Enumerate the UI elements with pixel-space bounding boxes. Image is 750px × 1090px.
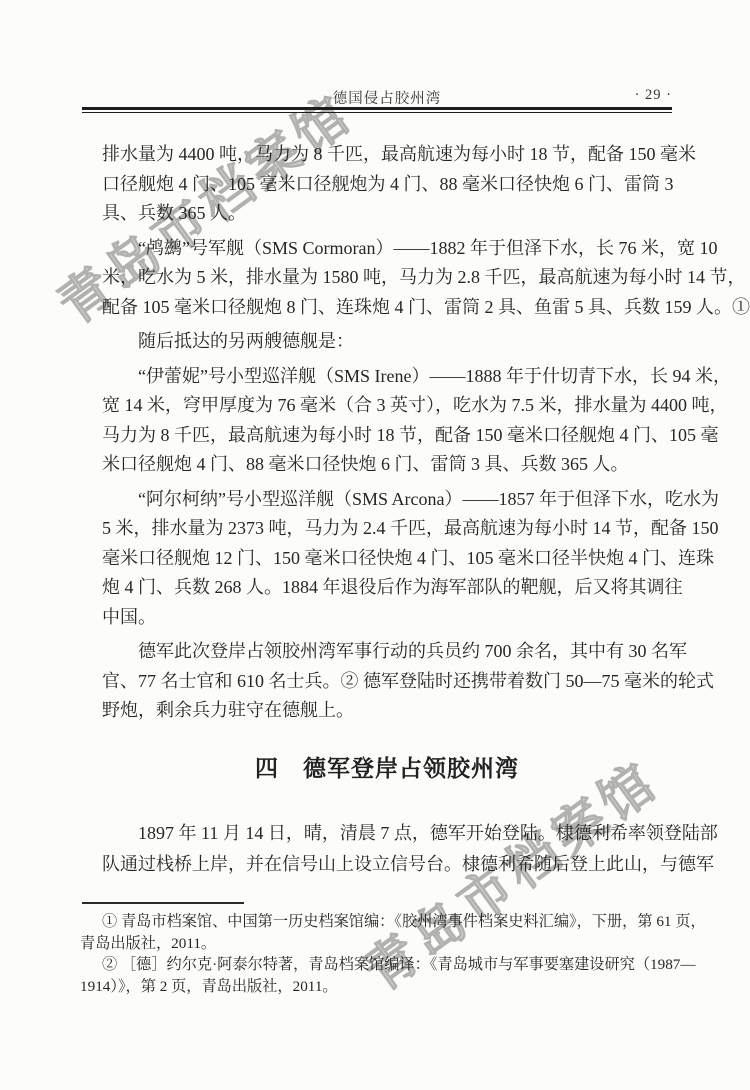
text-line: 青岛出版社，2011。 <box>80 933 670 955</box>
page-header: 德国侵占胶州湾 · 29 · <box>102 87 672 105</box>
paragraph: 德军此次登岸占领胶州湾军事行动的兵员约 700 余名，其中有 30 名军官、77… <box>102 637 672 726</box>
text-line: “伊蕾妮”号小型巡洋舰（SMS Irene）——1888 年于什切青下水，长 9… <box>102 362 672 392</box>
body-text-upper: 排水量为 4400 吨，马力为 8 千匹，最高航速为每小时 18 节，配备 15… <box>102 140 672 726</box>
text-line: ② ［德］约尔克·阿泰尔特著，青岛档案馆编译：《青岛城市与军事要塞建设研究（19… <box>80 954 670 976</box>
page-number: · 29 · <box>635 87 672 104</box>
text-line: 1914）》，第 2 页，青岛出版社，2011。 <box>80 976 670 998</box>
text-line: ① 青岛市档案馆、中国第一历史档案馆编：《胶州湾事件档案史料汇编》，下册，第 6… <box>80 911 670 933</box>
text-line: 马力为 8 千匹，最高航速为每小时 18 节，配备 150 毫米口径舰炮 4 门… <box>102 421 672 451</box>
paragraph: “鸬鹚”号军舰（SMS Cormoran）——1882 年于但泽下水，长 76 … <box>102 234 672 323</box>
paragraph: 随后抵达的另两艘德舰是： <box>102 327 672 357</box>
text-line: 毫米口径舰炮 12 门、150 毫米口径快炮 4 门、105 毫米口径半快炮 4… <box>102 544 672 574</box>
text-line: 中国。 <box>102 603 672 633</box>
running-title: 德国侵占胶州湾 <box>102 87 672 108</box>
text-line: 德军此次登岸占领胶州湾军事行动的兵员约 700 余名，其中有 30 名军 <box>102 637 672 667</box>
scanned-book-page: 青岛市档案馆 青岛市档案馆 德国侵占胶州湾 · 29 · 排水量为 4400 吨… <box>0 0 750 1090</box>
text-line: 随后抵达的另两艘德舰是： <box>102 327 672 357</box>
text-line: 口径舰炮 4 门、105 毫米口径舰炮为 4 门、88 毫米口径快炮 6 门、雷… <box>102 170 672 200</box>
text-line: 配备 105 毫米口径舰炮 8 门、连珠炮 4 门、雷筒 2 具、鱼雷 5 具、… <box>102 293 672 323</box>
text-line: “鸬鹚”号军舰（SMS Cormoran）——1882 年于但泽下水，长 76 … <box>102 234 672 264</box>
text-line: 排水量为 4400 吨，马力为 8 千匹，最高航速为每小时 18 节，配备 15… <box>102 140 672 170</box>
paragraph: 1897 年 11 月 14 日，晴，清晨 7 点，德军开始登陆。棣德利希率领登… <box>102 818 672 879</box>
text-line: 米，吃水为 5 米，排水量为 1580 吨，马力为 2.8 千匹，最高航速为每小… <box>102 263 672 293</box>
paragraph: “阿尔柯纳”号小型巡洋舰（SMS Arcona）——1857 年于但泽下水，吃水… <box>102 485 672 633</box>
text-line: 官、77 名士官和 610 名士兵。② 德军登陆时还携带着数门 50—75 毫米… <box>102 667 672 697</box>
section-heading: 四 德军登岸占领胶州湾 <box>102 750 672 783</box>
text-line: 队通过栈桥上岸，并在信号山上设立信号台。棣德利希随后登上此山，与德军 <box>102 849 672 880</box>
text-line: “阿尔柯纳”号小型巡洋舰（SMS Arcona）——1857 年于但泽下水，吃水… <box>102 485 672 515</box>
header-rule-thick-line <box>82 107 672 110</box>
paragraph: ② ［德］约尔克·阿泰尔特著，青岛档案馆编译：《青岛城市与军事要塞建设研究（19… <box>80 954 670 997</box>
footnote-separator-rule <box>82 902 244 904</box>
header-rule-thin-line <box>82 112 672 113</box>
paragraph: ① 青岛市档案馆、中国第一历史档案馆编：《胶州湾事件档案史料汇编》，下册，第 6… <box>80 911 670 954</box>
text-line: 5 米，排水量为 2373 吨，马力为 2.4 千匹，最高航速为每小时 14 节… <box>102 514 672 544</box>
body-text-lower: 1897 年 11 月 14 日，晴，清晨 7 点，德军开始登陆。棣德利希率领登… <box>102 818 672 879</box>
text-line: 炮 4 门、兵数 268 人。1884 年退役后作为海军部队的靶舰，后又将其调往 <box>102 573 672 603</box>
paragraph: 排水量为 4400 吨，马力为 8 千匹，最高航速为每小时 18 节，配备 15… <box>102 140 672 229</box>
paragraph: “伊蕾妮”号小型巡洋舰（SMS Irene）——1888 年于什切青下水，长 9… <box>102 362 672 480</box>
footnotes: ① 青岛市档案馆、中国第一历史档案馆编：《胶州湾事件档案史料汇编》，下册，第 6… <box>80 911 670 997</box>
text-line: 具、兵数 365 人。 <box>102 199 672 229</box>
text-line: 野炮，剩余兵力驻守在德舰上。 <box>102 696 672 726</box>
text-line: 宽 14 米，穹甲厚度为 76 毫米（合 3 英寸），吃水为 7.5 米，排水量… <box>102 391 672 421</box>
header-rule <box>82 107 672 113</box>
text-line: 米口径舰炮 4 门、88 毫米口径快炮 6 门、雷筒 3 具、兵数 365 人。 <box>102 450 672 480</box>
text-line: 1897 年 11 月 14 日，晴，清晨 7 点，德军开始登陆。棣德利希率领登… <box>102 818 672 849</box>
